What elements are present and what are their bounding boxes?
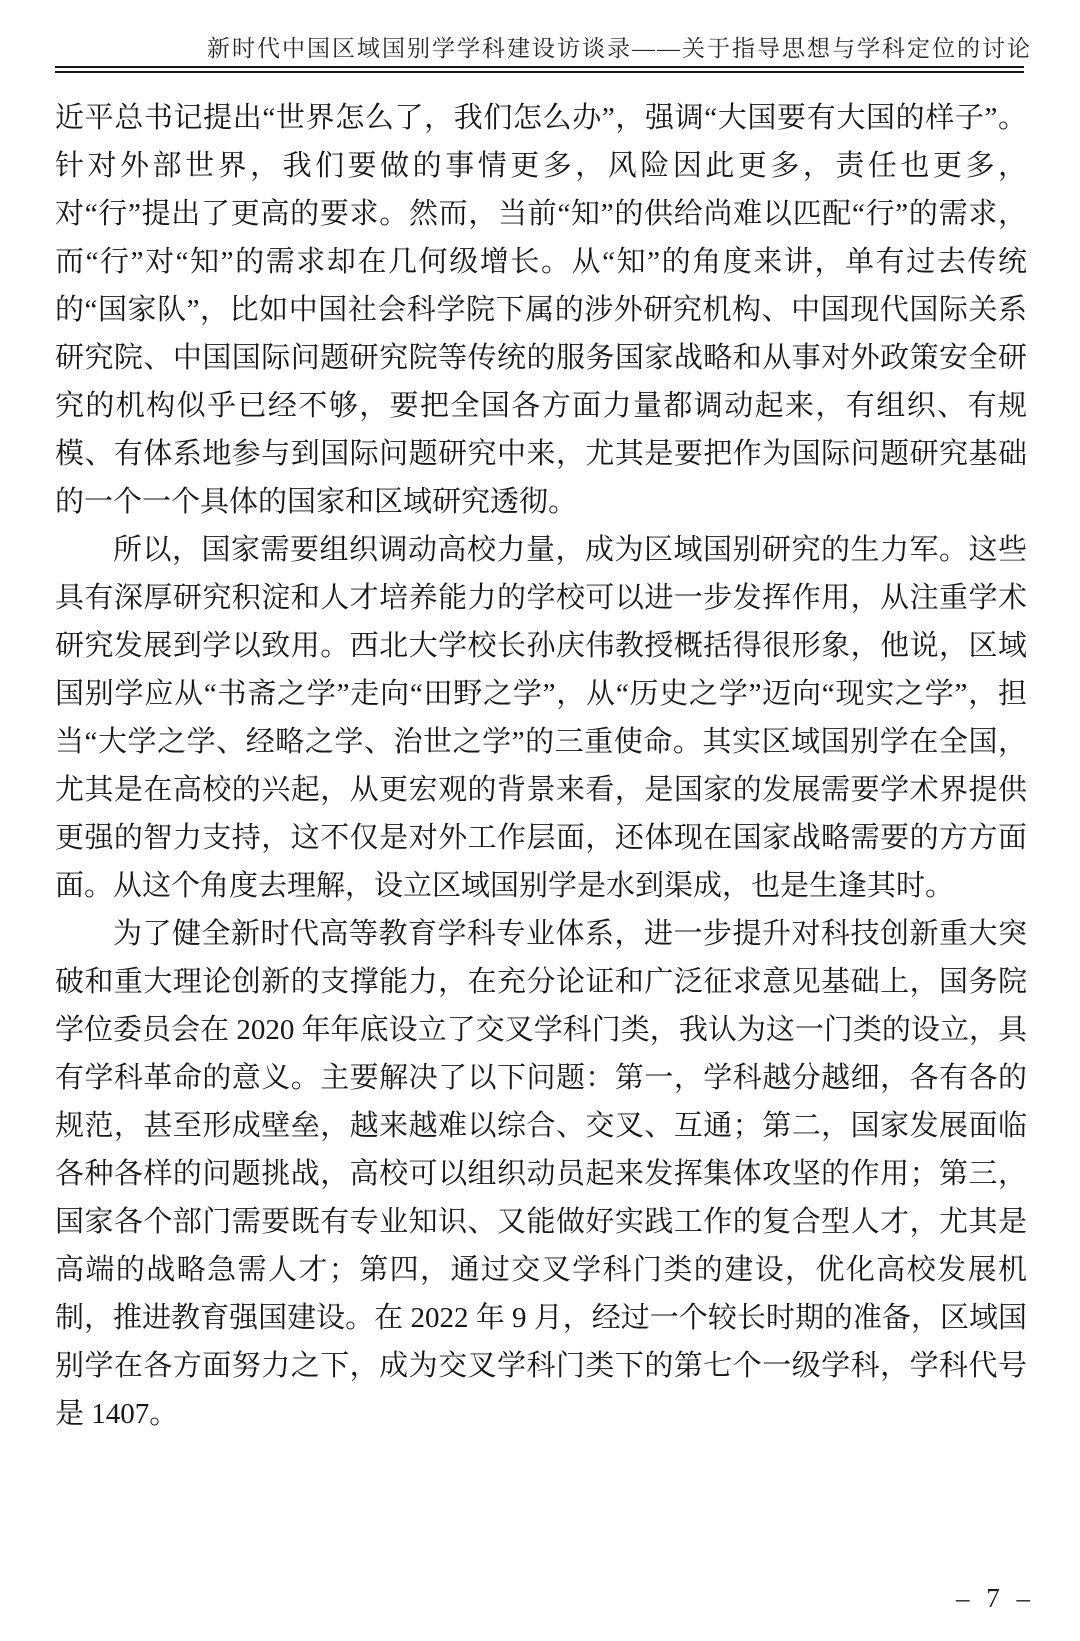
page-number: – 7 – [956,1583,1035,1614]
page-body: 近平总书记提出“世界怎么了，我们怎么办”，强调“大国要有大国的样子”。针对外部世… [55,94,1027,1438]
paragraph-1: 近平总书记提出“世界怎么了，我们怎么办”，强调“大国要有大国的样子”。针对外部世… [55,94,1027,526]
paragraph-2: 所以，国家需要组织调动高校力量，成为区域国别研究的生力军。这些具有深厚研究积淀和… [55,526,1027,910]
running-header-title: 新时代中国区域国别学学科建设访谈录——关于指导思想与学科定位的讨论 [55,30,1032,63]
paragraph-3: 为了健全新时代高等教育学科专业体系，进一步提升对科技创新重大突破和重大理论创新的… [55,910,1027,1438]
document-page: 新时代中国区域国别学学科建设访谈录——关于指导思想与学科定位的讨论 近平总书记提… [0,0,1080,1641]
header-double-rule [55,66,1024,73]
